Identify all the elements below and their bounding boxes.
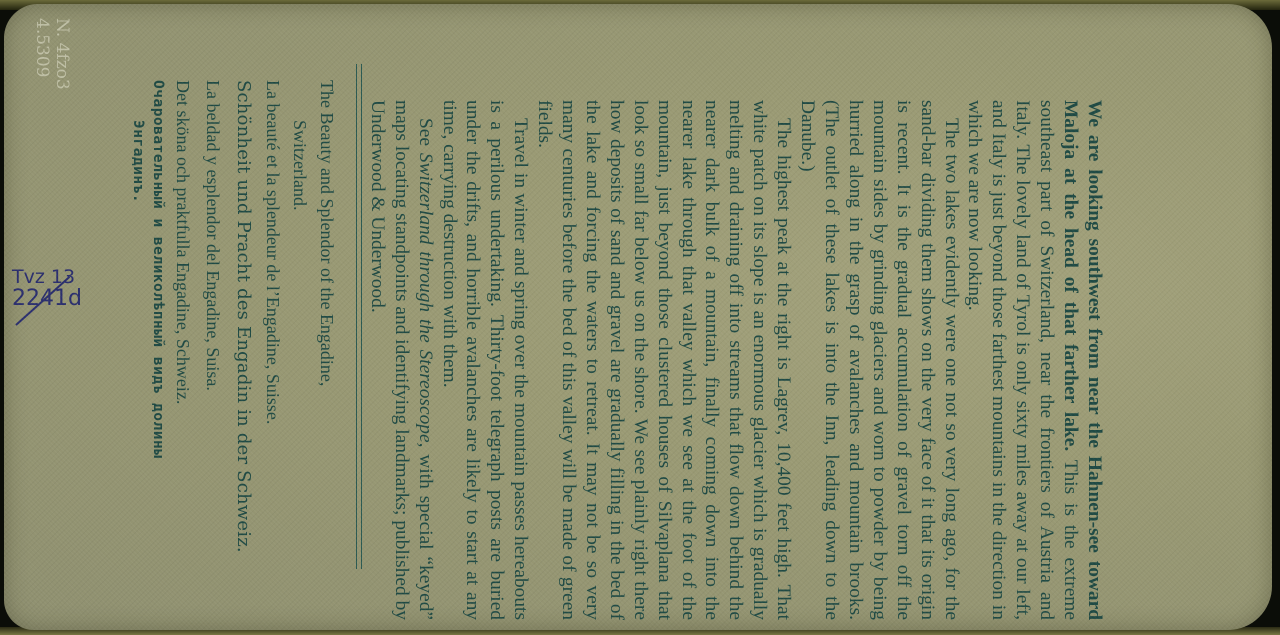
paragraph-4: Travel in winter and spring over the mou… xyxy=(437,100,533,620)
pencil-note-line-2: 4.5309 xyxy=(32,18,52,90)
description-text: We are looking southwest from near the H… xyxy=(365,100,1106,620)
multilingual-titles: The Beauty and Splendor of the Engadine,… xyxy=(128,80,342,600)
pencil-inventory-note: N. 4fzo3 4.5309 xyxy=(32,18,72,90)
title-german: Schönheit und Pracht des Engadin in der … xyxy=(228,80,258,600)
book-title: Switzerland through the Stereoscope, xyxy=(415,153,436,448)
title-swedish: Det sköna och praktfulla Engadine, Schwe… xyxy=(168,80,198,600)
ink-note-line-2: 2241d xyxy=(12,288,82,310)
handwritten-catalog-number: Tvz 13 2241d xyxy=(12,266,82,310)
ink-note-line-1: Tvz 13 xyxy=(12,266,82,288)
title-english: The Beauty and Splendor of the Engadine, xyxy=(312,80,342,600)
paragraph-2: The two lakes evidently were one not so … xyxy=(795,100,962,620)
see-prefix: See xyxy=(415,118,436,153)
paragraph-5: See Switzerland through the Stereoscope,… xyxy=(365,100,437,620)
title-russian-cont: Энгадинъ. xyxy=(128,80,148,600)
title-french: La beauté et la splendeur de l’Engadine,… xyxy=(258,80,288,600)
title-english-cont: Switzerland. xyxy=(288,80,312,600)
paragraph-3: The highest peak at the right is Lagrev,… xyxy=(532,100,795,620)
stereoview-card-back: N. 4fzo3 4.5309 Tvz 13 2241d We are look… xyxy=(4,4,1272,630)
paragraph-1: We are looking southwest from near the H… xyxy=(963,100,1106,620)
title-russian: Очаровательный и великолѣпный видъ долин… xyxy=(148,80,168,600)
double-rule-divider xyxy=(356,64,362,569)
title-spanish: La beldad y esplendor del Engadine, Suis… xyxy=(198,80,228,600)
pencil-note-line-1: N. 4fzo3 xyxy=(52,18,72,90)
